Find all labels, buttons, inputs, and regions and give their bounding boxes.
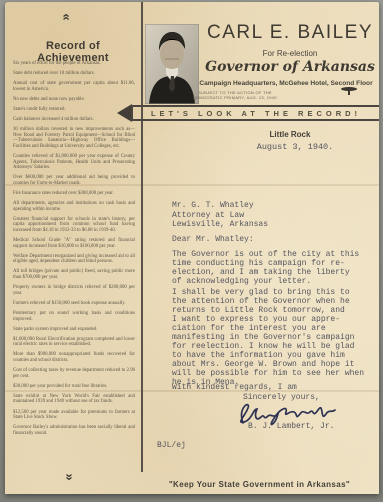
- achievement-item: Over $600,000 per year additional aid be…: [13, 175, 135, 186]
- scan-background: « Record of Achievement Six years of eff…: [0, 0, 383, 502]
- torch-emblem-icon: [341, 87, 357, 97]
- chevron-down-icon: «: [64, 473, 74, 480]
- achievement-item: $30,000 per year provided for rural free…: [13, 384, 135, 390]
- achievement-item: State debt reduced over 10 million dolla…: [13, 71, 135, 77]
- paragraph-1: The Governor is out of the city at this …: [172, 250, 377, 286]
- achievement-item: $12,500 per year made available for prem…: [13, 410, 135, 421]
- banner-text: LET'S LOOK AT THE RECORD!: [151, 109, 361, 118]
- achievement-item: Six years of effort for the people of Ar…: [13, 61, 135, 67]
- achievement-item: State exhibit at New York World's Fair e…: [13, 394, 135, 405]
- achievement-item: More than $900,000 nonappropriated funds…: [13, 352, 135, 363]
- achievement-item: Penitentiary put on sound working basis …: [13, 311, 135, 322]
- signature-typed: B. J. Lambert, Jr.: [248, 422, 334, 431]
- paragraph-2: I shall be very glad to bring this to th…: [172, 288, 377, 387]
- recipient-title: Attorney at Law: [172, 211, 268, 221]
- closing-line: With kindest regards, I am: [172, 383, 297, 392]
- achievement-item: State parks system improved and expanded…: [13, 327, 135, 333]
- achievement-item: No new debts and none now payable.: [13, 97, 135, 103]
- letter-date: August 3, 1940.: [240, 142, 350, 152]
- recipient-name: Mr. G. T. Whatley: [172, 201, 268, 211]
- primary-fine-print: SUBJECT TO THE ACTION OF THE DEMOCRATIC …: [155, 91, 315, 101]
- achievement-item: Medical School Grade "A" rating restored…: [13, 238, 135, 249]
- campaign-address: Campaign Headquarters, McGehee Hotel, Se…: [193, 80, 379, 87]
- achievement-item: Welfare Department reorganized and givin…: [13, 254, 135, 265]
- achievement-item: Counties relieved of $1,000,000 per year…: [13, 154, 135, 171]
- achievement-item: All toll bridges (private and public) fr…: [13, 269, 135, 280]
- arrow-left-icon: [117, 104, 132, 122]
- achievement-item: Governor Bailey's administration has bee…: [13, 425, 135, 436]
- record-banner: LET'S LOOK AT THE RECORD!: [117, 104, 379, 122]
- achievement-item: Annual cost of state government per capi…: [13, 81, 135, 92]
- achievement-item: All departments, agencies and institutio…: [13, 201, 135, 212]
- column-divider: [141, 2, 143, 472]
- recipient-city: Lewisville, Arkansas: [172, 220, 268, 230]
- reelection-subtitle: For Re-election: [201, 49, 379, 58]
- letter-paper: « Record of Achievement Six years of eff…: [5, 2, 379, 494]
- achievement-item: $1,000,000 Rural Electrification program…: [13, 337, 135, 348]
- achievement-item: Fire Insurance rates reduced over $300,0…: [13, 191, 135, 197]
- footer-slogan: "Keep Your State Government in Arkansas": [142, 480, 377, 489]
- letter-place: Little Rock: [240, 130, 340, 139]
- recipient-block: Mr. G. T. Whatley Attorney at Law Lewisv…: [172, 201, 268, 230]
- candidate-name: CARL E. BAILEY: [201, 22, 379, 44]
- salutation: Dear Mr. Whatley:: [172, 235, 254, 244]
- achievement-item: Greatest financial support for schools i…: [13, 217, 135, 234]
- achievement-item: 30 million dollars invested in new impro…: [13, 127, 135, 149]
- office-title: Governor of Arkansas: [201, 59, 379, 75]
- achievement-item: Cost of collecting taxes by revenue depa…: [13, 368, 135, 379]
- achievement-item: Property owners in bridge districts reli…: [13, 285, 135, 296]
- typist-reference: BJL/ej: [157, 441, 186, 450]
- achievement-item: Farmers relieved of $150,000 seed book e…: [13, 301, 135, 307]
- banner-body: LET'S LOOK AT THE RECORD!: [131, 105, 379, 121]
- chevron-up-icon: «: [62, 13, 72, 20]
